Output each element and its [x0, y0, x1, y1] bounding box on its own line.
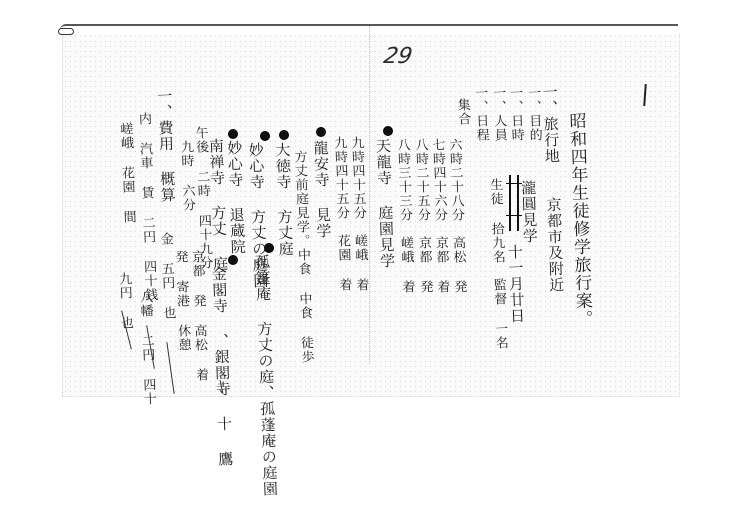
itinerary-item: 龍安寺 見学 [312, 140, 330, 239]
cost-line: 嵯峨 花園 間 [118, 122, 135, 224]
sheet-corner-curl [58, 28, 74, 35]
struck-out-date [509, 175, 519, 231]
participants-label: 一、人員 [491, 86, 506, 142]
itinerary-item: 九時 六分 [179, 140, 195, 212]
center-fold-line [369, 26, 370, 364]
itinerary-item: 妙心寺 方丈の庭園 [247, 142, 267, 289]
cost-line: 金 五円 也 [158, 232, 174, 320]
circle-mark-icon [316, 127, 326, 137]
destination-label: 一、旅行地 [540, 84, 561, 165]
purpose-label: 一、目的 [526, 86, 541, 142]
date-note: 瀧圓見学 [520, 180, 537, 244]
page-number: 29 [382, 44, 414, 69]
date-value: 十一月廿日 [507, 244, 525, 324]
itinerary-item: 大徳寺 方丈庭 [274, 142, 293, 257]
schedule-heading: 集合 [456, 98, 470, 126]
itinerary-item: 妙心寺 退蔵院 [226, 140, 245, 255]
circle-mark-icon [279, 130, 289, 140]
circle-mark-icon [228, 129, 238, 139]
circle-mark-icon [228, 255, 238, 265]
cost-line: 八幡 二円 四十 [138, 290, 155, 406]
cost-label: 一、費用 概算 [156, 88, 175, 203]
date-label: 一、日時 [508, 86, 523, 142]
itinerary-item: 天龍寺 庭園見学 [375, 138, 395, 269]
schedule-label: 一、日程 [473, 86, 488, 142]
destination-value: 京都市及附近 [545, 197, 563, 293]
circle-mark-icon [383, 126, 393, 136]
circle-mark-icon [260, 131, 270, 141]
itinerary-item: 発 寄港 休憩 [173, 250, 190, 352]
